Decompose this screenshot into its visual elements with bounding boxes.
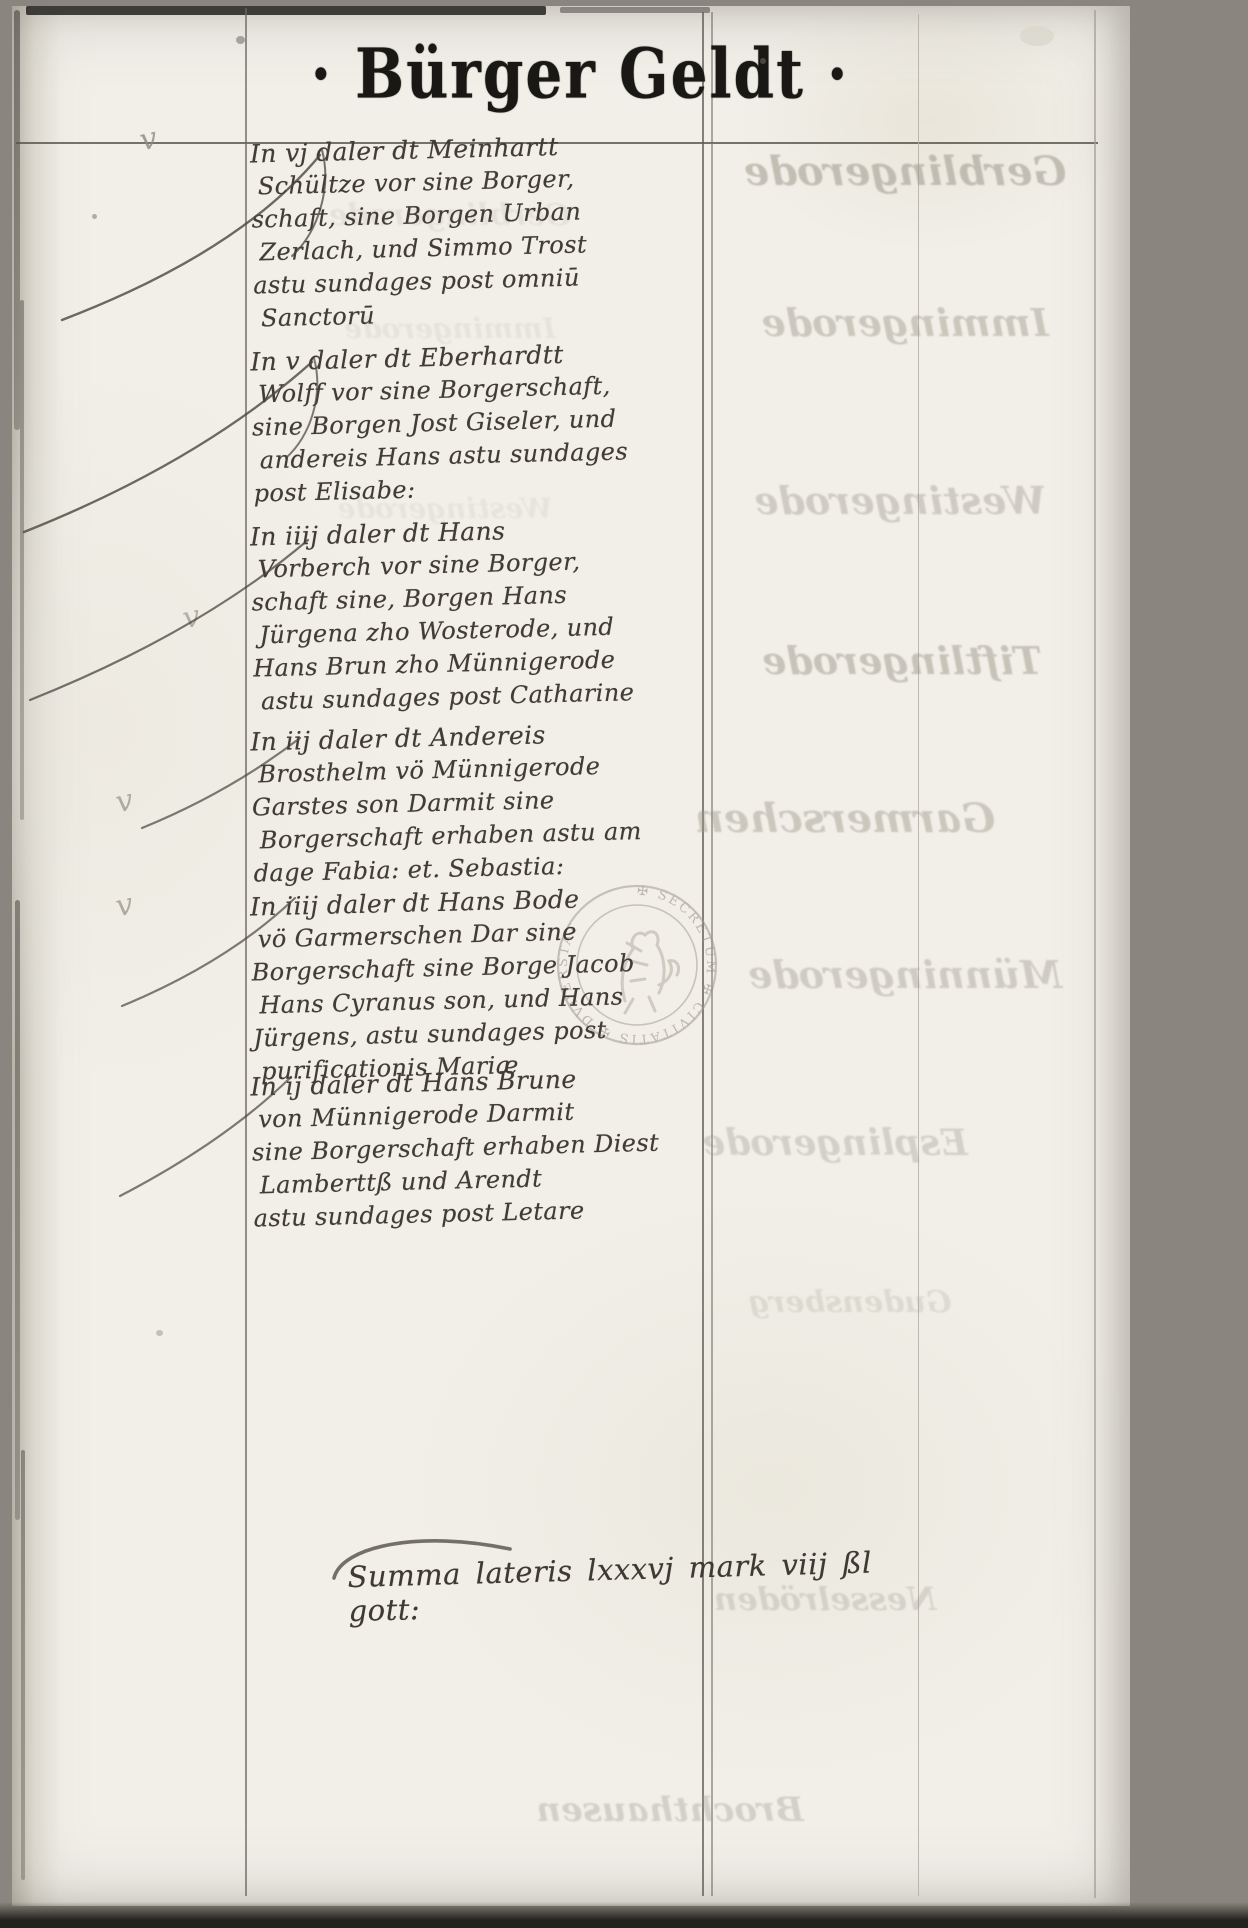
stain — [760, 58, 766, 64]
stain — [156, 1330, 163, 1336]
manuscript-scan: Gerblingerode Immingerode Westingerode T… — [0, 0, 1248, 1928]
pen-flourishes — [0, 0, 1248, 1928]
bottom-edge-shadow — [0, 1902, 1248, 1928]
stain — [1020, 26, 1054, 46]
stain — [236, 36, 245, 44]
stain — [92, 214, 97, 219]
